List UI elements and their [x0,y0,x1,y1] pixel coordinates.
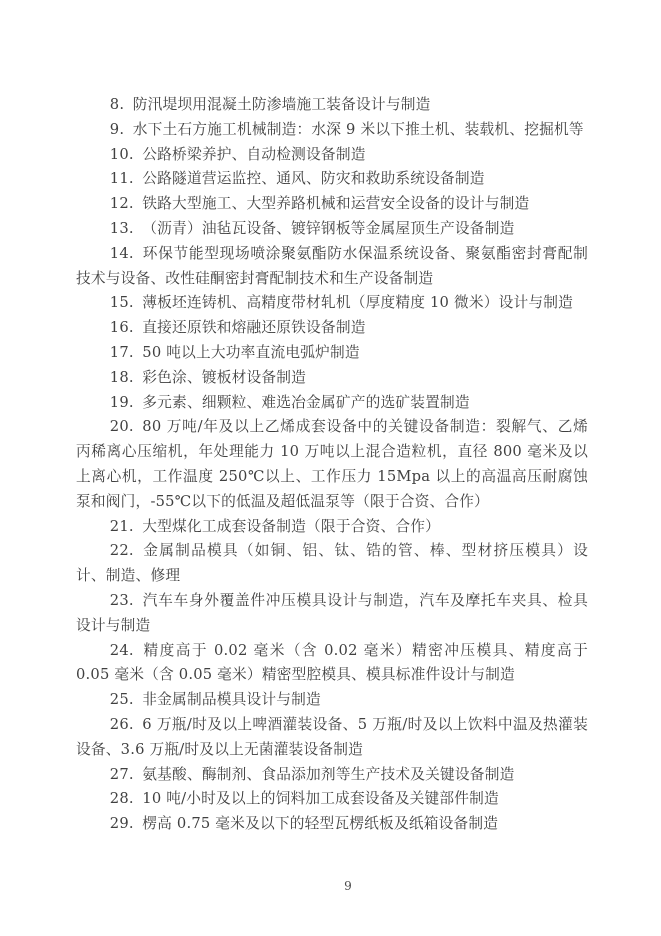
item-text: 彩色涂、镀板材设备制造 [142,369,306,386]
document-body: 8.防汛堤坝用混凝土防渗墙施工装备设计与制造9.水下土石方施工机械制造：水深 9… [76,93,588,837]
item-number: 14. [110,245,134,262]
list-item: 15.薄板坯连铸机、高精度带材轧机（厚度精度 10 微米）设计与制造 [76,291,588,316]
item-number: 11. [110,170,134,187]
list-item: 9.水下土石方施工机械制造：水深 9 米以下推土机、装载机、挖掘机等 [76,118,588,143]
item-number: 15. [110,294,134,311]
item-text: 氨基酸、酶制剂、食品添加剂等生产技术及关键设备制造 [142,766,514,783]
list-item: 12.铁路大型施工、大型养路机械和运营安全设备的设计与制造 [76,192,588,217]
item-text: 直接还原铁和熔融还原铁设备制造 [142,319,365,336]
item-number: 10. [110,146,134,163]
list-item: 8.防汛堤坝用混凝土防渗墙施工装备设计与制造 [76,93,588,118]
item-text: 水下土石方施工机械制造：水深 9 米以下推土机、装载机、挖掘机等 [133,121,584,138]
list-item: 18.彩色涂、镀板材设备制造 [76,366,588,391]
item-text: 精度高于 0.02 毫米（含 0.02 毫米）精密冲压模具、精度高于 0.05 … [76,642,588,684]
list-item: 17.50 吨以上大功率直流电弧炉制造 [76,341,588,366]
item-text: 80 万吨/年及以上乙烯成套设备中的关键设备制造：裂解气、乙烯丙稀离心压缩机，年… [76,418,588,509]
list-item: 11.公路隧道营运监控、通风、防灾和救助系统设备制造 [76,167,588,192]
list-item: 23.汽车车身外覆盖件冲压模具设计与制造，汽车及摩托车夹具、检具设计与制造 [76,589,588,639]
item-text: 楞高 0.75 毫米及以下的轻型瓦楞纸板及纸箱设备制造 [142,815,498,832]
item-text: 非金属制品模具设计与制造 [142,691,321,708]
item-number: 9. [110,121,124,138]
item-number: 28. [110,790,134,807]
list-item: 27.氨基酸、酶制剂、食品添加剂等生产技术及关键设备制造 [76,763,588,788]
item-number: 17. [110,344,134,361]
item-number: 22. [110,542,134,559]
item-number: 25. [110,691,134,708]
item-text: 10 吨/小时及以上的饲料加工成套设备及关键部件制造 [142,790,499,807]
item-number: 8. [110,96,124,113]
item-number: 27. [110,766,134,783]
item-number: 18. [110,369,134,386]
list-item: 10.公路桥梁养护、自动检测设备制造 [76,143,588,168]
item-number: 13. [110,220,134,237]
list-item: 19.多元素、细颗粒、难选冶金属矿产的选矿装置制造 [76,391,588,416]
item-number: 21. [110,518,134,535]
item-text: 6 万瓶/时及以上啤酒灌装设备、5 万瓶/时及以上饮料中温及热灌装设备、3.6 … [76,716,588,758]
item-text: 防汛堤坝用混凝土防渗墙施工装备设计与制造 [133,96,431,113]
item-text: 多元素、细颗粒、难选冶金属矿产的选矿装置制造 [142,394,470,411]
list-item: 26.6 万瓶/时及以上啤酒灌装设备、5 万瓶/时及以上饮料中温及热灌装设备、3… [76,713,588,763]
item-text: 铁路大型施工、大型养路机械和运营安全设备的设计与制造 [142,195,529,212]
item-text: 50 吨以上大功率直流电弧炉制造 [142,344,360,361]
list-item: 29.楞高 0.75 毫米及以下的轻型瓦楞纸板及纸箱设备制造 [76,812,588,837]
list-item: 22.金属制品模具（如铜、铝、钛、锆的管、棒、型材挤压模具）设计、制造、修理 [76,539,588,589]
item-number: 23. [110,592,134,609]
item-text: 大型煤化工成套设备制造（限于合资、合作） [142,518,440,535]
item-text: 环保节能型现场喷涂聚氨酯防水保温系统设备、聚氨酯密封膏配制技术与设备、改性硅酮密… [76,245,588,287]
item-text: 公路桥梁养护、自动检测设备制造 [142,146,365,163]
item-number: 19. [110,394,134,411]
item-number: 29. [110,815,134,832]
list-item: 20.80 万吨/年及以上乙烯成套设备中的关键设备制造：裂解气、乙烯丙稀离心压缩… [76,415,588,514]
list-item: 25.非金属制品模具设计与制造 [76,688,588,713]
item-text: （沥青）油毡瓦设备、镀锌钢板等金属屋顶生产设备制造 [142,220,514,237]
document-page: 8.防汛堤坝用混凝土防渗墙施工装备设计与制造9.水下土石方施工机械制造：水深 9… [0,0,661,936]
item-text: 公路隧道营运监控、通风、防灾和救助系统设备制造 [142,170,484,187]
item-number: 20. [110,418,134,435]
item-number: 26. [110,716,134,733]
item-number: 24. [110,642,134,659]
list-item: 16.直接还原铁和熔融还原铁设备制造 [76,316,588,341]
list-item: 28.10 吨/小时及以上的饲料加工成套设备及关键部件制造 [76,787,588,812]
item-number: 16. [110,319,134,336]
list-item: 14.环保节能型现场喷涂聚氨酯防水保温系统设备、聚氨酯密封膏配制技术与设备、改性… [76,242,588,292]
item-text: 金属制品模具（如铜、铝、钛、锆的管、棒、型材挤压模具）设计、制造、修理 [76,542,588,584]
list-item: 24.精度高于 0.02 毫米（含 0.02 毫米）精密冲压模具、精度高于 0.… [76,639,588,689]
list-item: 21.大型煤化工成套设备制造（限于合资、合作） [76,515,588,540]
page-number: 9 [344,878,352,894]
item-number: 12. [110,195,134,212]
list-item: 13.（沥青）油毡瓦设备、镀锌钢板等金属屋顶生产设备制造 [76,217,588,242]
item-text: 汽车车身外覆盖件冲压模具设计与制造，汽车及摩托车夹具、检具设计与制造 [76,592,588,634]
item-text: 薄板坯连铸机、高精度带材轧机（厚度精度 10 微米）设计与制造 [142,294,573,311]
